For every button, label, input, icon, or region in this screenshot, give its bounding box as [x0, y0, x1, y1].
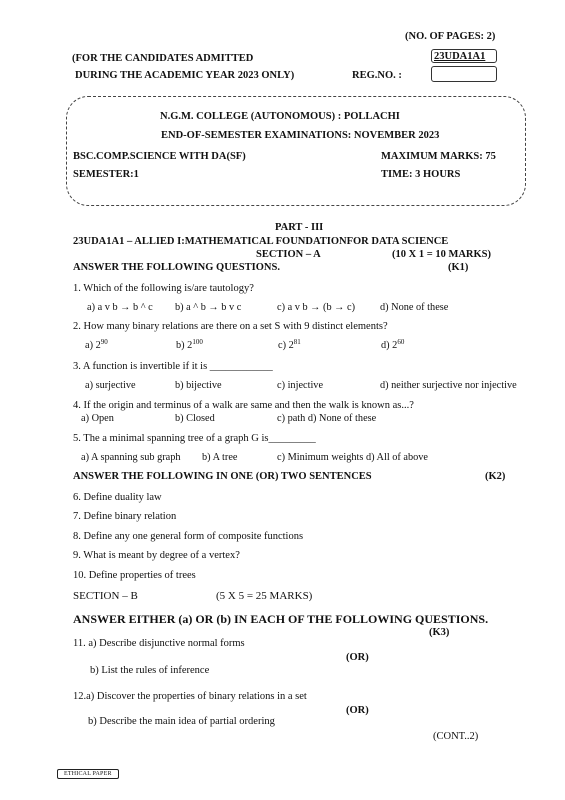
reg-no-field[interactable]: [431, 66, 497, 82]
question-9: 9. What is meant by degree of a vertex?: [73, 550, 240, 561]
subject-code-box: 23UDA1A1: [431, 49, 497, 63]
or-label: (OR): [346, 705, 369, 716]
question-8: 8. Define any one general form of compos…: [73, 531, 303, 542]
question-4-option-b: b) Closed: [175, 413, 215, 424]
section-b-marks: (5 X 5 = 25 MARKS): [216, 590, 312, 602]
question-3-option-d: d) neither surjective nor injective: [380, 380, 517, 391]
question-2-option-b: b) 2100: [176, 340, 203, 351]
semester: SEMESTER:1: [73, 169, 139, 180]
section-a-instruction: ANSWER THE FOLLOWING QUESTIONS.: [73, 262, 280, 273]
college-name: N.G.M. COLLEGE (AUTONOMOUS) : POLLACHI: [160, 111, 400, 122]
section-b-level: (K3): [429, 627, 449, 638]
question-4: 4. If the origin and terminus of a walk …: [73, 400, 414, 411]
question-12a: 12.a) Discover the properties of binary …: [73, 691, 307, 702]
question-3-option-a: a) surjective: [85, 380, 136, 391]
question-1-option-b: b) a ^ b → b v c: [175, 302, 241, 313]
exam-title: END-OF-SEMESTER EXAMINATIONS: NOVEMBER 2…: [161, 130, 439, 141]
section-a-heading: SECTION – A: [256, 249, 321, 260]
candidates-note-line1: (FOR THE CANDIDATES ADMITTED: [72, 53, 253, 64]
question-3-option-b: b) bijective: [175, 380, 222, 391]
section-b-instruction: ANSWER EITHER (a) OR (b) IN EACH OF THE …: [73, 612, 488, 627]
question-4-option-c: c) path d) None of these: [277, 413, 376, 424]
or-label: (OR): [346, 652, 369, 663]
section-a-marks: (10 X 1 = 10 MARKS): [392, 249, 491, 260]
question-1-option-a: a) a v b → b ^ c: [87, 302, 153, 313]
question-5-option-c: c) Minimum weights d) All of above: [277, 452, 428, 463]
question-10: 10. Define properties of trees: [73, 570, 196, 581]
reg-no-label: REG.NO. :: [352, 70, 402, 81]
question-6: 6. Define duality law: [73, 492, 162, 503]
section-b-heading: SECTION – B: [73, 590, 138, 602]
section-a-level: (K1): [448, 262, 468, 273]
question-11a: 11. a) Describe disjunctive normal forms: [73, 638, 245, 649]
question-11b: b) List the rules of inference: [90, 665, 209, 676]
subject-title: 23UDA1A1 – ALLIED I:MATHEMATICAL FOUNDAT…: [73, 236, 448, 247]
question-2-option-c: c) 281: [278, 340, 301, 351]
question-5-option-b: b) A tree: [202, 452, 237, 463]
maximum-marks: MAXIMUM MARKS: 75: [381, 151, 496, 162]
question-4-option-a: a) Open: [81, 413, 114, 424]
page-count: (NO. OF PAGES: 2): [405, 31, 495, 42]
question-12b: b) Describe the main idea of partial ord…: [88, 716, 275, 727]
question-1: 1. Which of the following is/are tautolo…: [73, 283, 254, 294]
ethical-paper-stamp: ETHICAL PAPER: [57, 769, 119, 779]
question-5: 5. The a minimal spanning tree of a grap…: [73, 433, 316, 444]
continued-note: (CONT..2): [433, 731, 478, 742]
question-3-option-c: c) injective: [277, 380, 323, 391]
candidates-note-line2: DURING THE ACADEMIC YEAR 2023 ONLY): [75, 70, 294, 81]
question-5-option-a: a) A spanning sub graph: [81, 452, 181, 463]
exam-duration: TIME: 3 HOURS: [381, 169, 460, 180]
part-heading: PART - III: [275, 222, 323, 233]
short-answer-instruction: ANSWER THE FOLLOWING IN ONE (OR) TWO SEN…: [73, 471, 372, 482]
question-2-option-d: d) 260: [381, 340, 404, 351]
question-7: 7. Define binary relation: [73, 511, 176, 522]
question-1-option-d: d) None of these: [380, 302, 448, 313]
question-1-option-c: c) a v b → (b → c): [277, 302, 355, 313]
short-answer-level: (K2): [485, 471, 505, 482]
question-2-option-a: a) 290: [85, 340, 108, 351]
question-2: 2. How many binary relations are there o…: [73, 321, 388, 332]
question-3: 3. A function is invertible if it is ___…: [73, 361, 273, 372]
course-name: BSC.COMP.SCIENCE WITH DA(SF): [73, 151, 246, 162]
